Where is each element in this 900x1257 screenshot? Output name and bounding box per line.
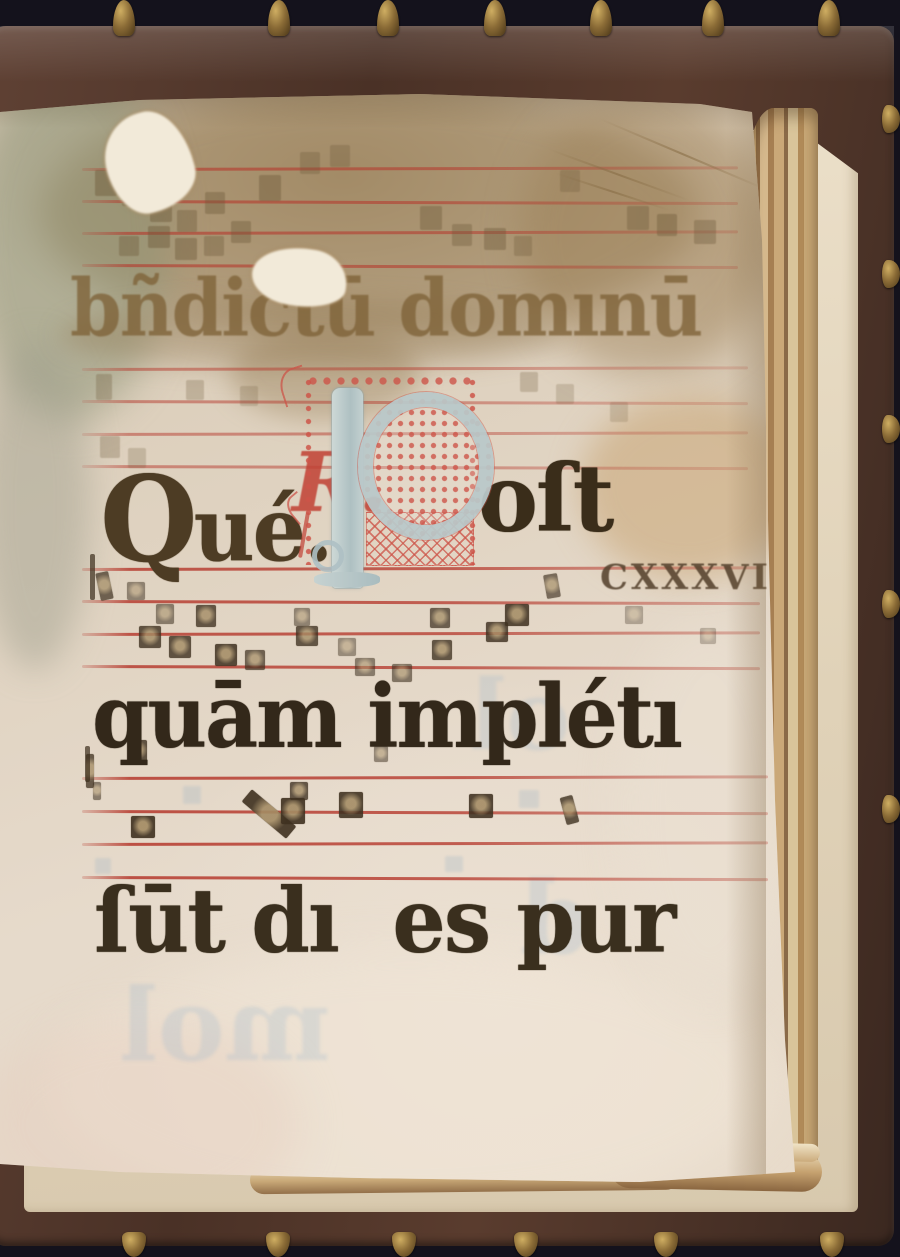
- neume: [520, 372, 538, 392]
- neume: [139, 626, 161, 648]
- illuminated-initial-P: [306, 376, 477, 565]
- filigree-pearl-row: [306, 374, 477, 390]
- brass-stud: [882, 260, 900, 288]
- page-curvature-shadow: [726, 100, 766, 1180]
- neume: [505, 604, 529, 626]
- brass-stud: [818, 0, 840, 36]
- neume: [204, 236, 224, 256]
- neume: [186, 380, 204, 400]
- brass-stud: [377, 0, 399, 36]
- brass-stud: [882, 795, 900, 823]
- filigree-dot-border: [302, 376, 316, 565]
- neume: [560, 795, 580, 825]
- neume: [339, 792, 363, 818]
- brass-stud: [654, 1232, 678, 1257]
- staff-line: [82, 841, 768, 846]
- initial-letter-foot: [314, 572, 380, 587]
- neume: [514, 236, 532, 256]
- neume: [119, 236, 139, 256]
- brass-stud: [392, 1232, 416, 1257]
- brass-stud: [882, 590, 900, 618]
- neume: [694, 220, 716, 244]
- staff-line: [82, 810, 768, 815]
- neume: [338, 638, 356, 656]
- chant-initial-word-rest: oſt: [478, 452, 612, 545]
- neume: [259, 175, 281, 201]
- neume: [330, 145, 350, 167]
- neume: [290, 782, 308, 800]
- neume: [96, 374, 112, 400]
- brass-stud: [266, 1232, 290, 1257]
- neume: [469, 794, 493, 818]
- neume: [432, 640, 452, 660]
- neume: [196, 605, 216, 627]
- neume: [610, 402, 628, 422]
- neume: [148, 226, 170, 248]
- neume: [169, 636, 191, 658]
- initial-letter-bowl: [358, 392, 494, 540]
- brass-stud: [122, 1232, 146, 1257]
- neume: [177, 210, 197, 232]
- brass-stud: [702, 0, 724, 36]
- margin-stroke: [85, 746, 90, 782]
- brass-stud: [268, 0, 290, 36]
- neume: [420, 206, 442, 230]
- brass-stud: [882, 415, 900, 443]
- manuscript-photo: ol d mol bñdictū domınū Qué. R. oſt CXXX…: [0, 0, 900, 1257]
- margin-stroke: [90, 554, 95, 600]
- neume: [627, 206, 649, 230]
- brass-stud: [514, 1232, 538, 1257]
- neume: [556, 384, 574, 404]
- staff-line: [82, 775, 768, 780]
- neume: [700, 628, 716, 644]
- staff-line: [82, 600, 760, 605]
- showthrough-neume: [183, 786, 201, 804]
- neume: [231, 221, 251, 243]
- neume: [156, 604, 174, 624]
- brass-stud: [590, 0, 612, 36]
- neume: [543, 573, 561, 599]
- neume: [131, 816, 155, 838]
- neume: [430, 608, 450, 628]
- neume: [300, 152, 320, 174]
- brass-stud: [882, 105, 900, 133]
- brass-stud: [820, 1232, 844, 1257]
- chant-text-line-4: ſūt dı es pur: [94, 876, 674, 965]
- neume: [657, 214, 677, 236]
- chant-text-line-1: bñdictū domınū: [70, 270, 701, 348]
- neume: [93, 782, 101, 800]
- brass-stud: [113, 0, 135, 36]
- neume: [452, 224, 472, 246]
- brass-stud: [484, 0, 506, 36]
- neume: [296, 626, 318, 646]
- staff-line: [82, 366, 748, 371]
- neume: [281, 798, 305, 824]
- showthrough-neume: [519, 790, 539, 808]
- neume: [294, 608, 310, 626]
- neume: [215, 644, 237, 666]
- neume: [484, 228, 506, 250]
- neume: [205, 192, 225, 214]
- chant-text-line-3: quām implétı: [92, 674, 681, 761]
- neume: [240, 386, 258, 406]
- neume: [625, 606, 643, 624]
- neume: [175, 238, 197, 260]
- initial-letter-curl: [312, 540, 344, 572]
